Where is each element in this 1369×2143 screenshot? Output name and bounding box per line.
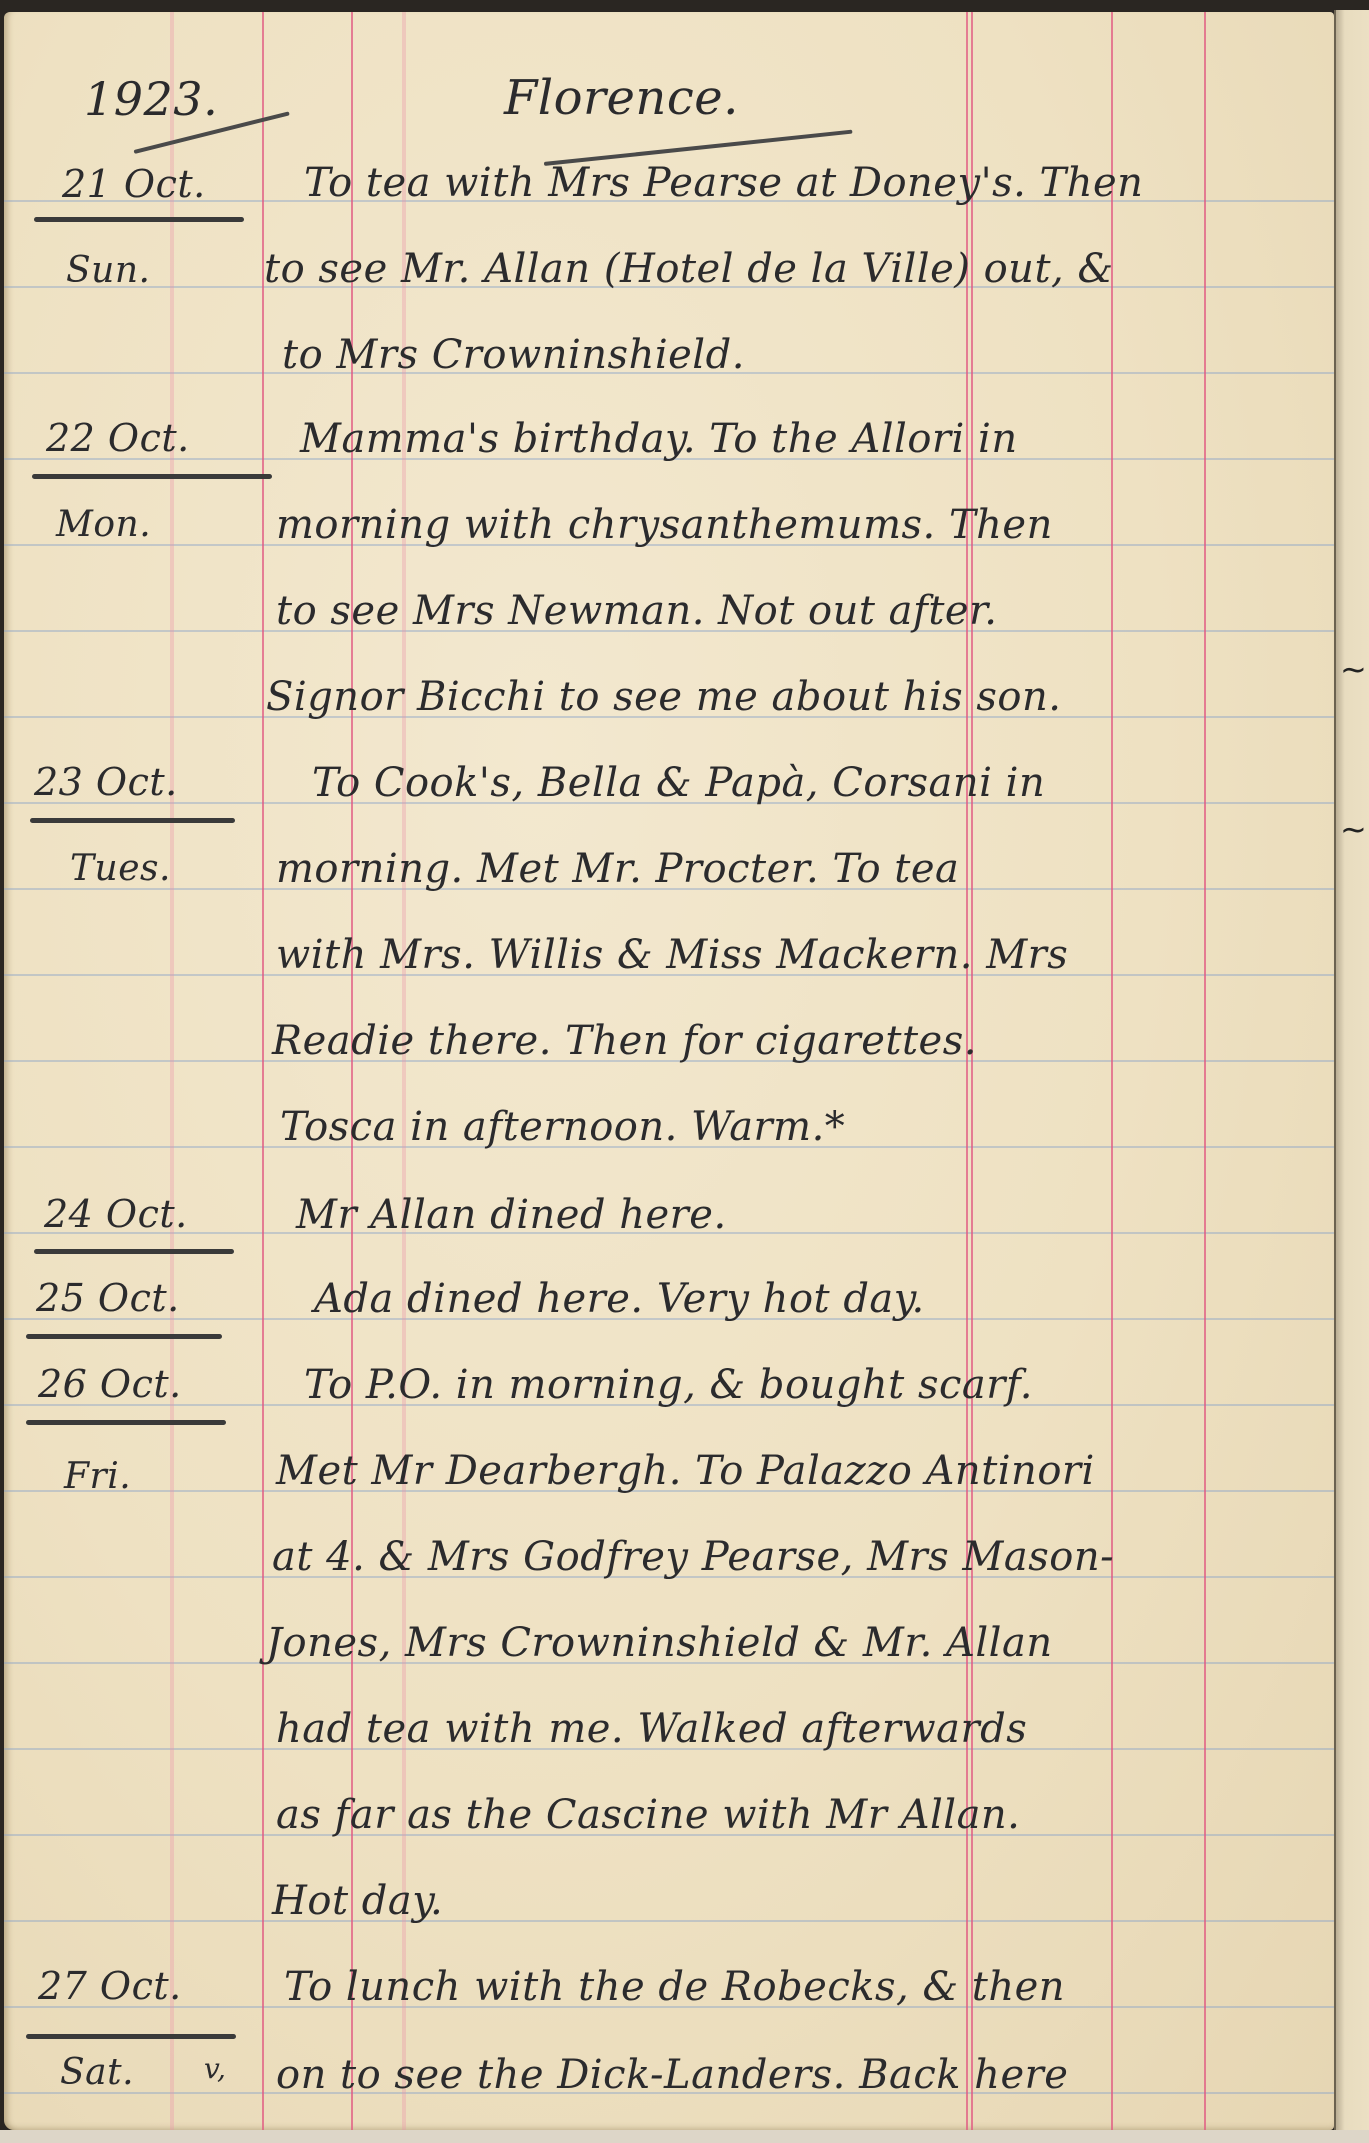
- entry-line: Ada dined here. Very hot day.: [314, 1276, 925, 1322]
- place-heading: Florence.: [504, 70, 739, 126]
- ink-bleed-mark: ~: [1340, 650, 1367, 688]
- entry-date: 27 Oct.: [38, 1964, 182, 2008]
- entry-line: had tea with me. Walked afterwards: [276, 1706, 1027, 1752]
- entry-weekday: Mon.: [56, 504, 151, 545]
- entry-line: on to see the Dick-Landers. Back here: [276, 2052, 1068, 2098]
- date-underline: [34, 217, 244, 222]
- date-underline: [34, 1249, 234, 1254]
- entry-weekday: Tues.: [70, 848, 171, 889]
- entry-line: with Mrs. Willis & Miss Mackern. Mrs: [276, 932, 1068, 978]
- entry-line: Signor Bicchi to see me about his son.: [266, 674, 1061, 720]
- entry-date: 25 Oct.: [36, 1276, 180, 1320]
- margin-line: [1204, 12, 1206, 2130]
- margin-line: [262, 12, 264, 2130]
- ink-bleed-mark: ~: [1340, 810, 1367, 848]
- date-underline: [30, 818, 235, 823]
- date-underline: [32, 474, 272, 479]
- entry-line: Mamma's birthday. To the Allori in: [300, 416, 1018, 462]
- entry-line: Readie there. Then for cigarettes.: [272, 1018, 977, 1064]
- margin-line: [1111, 12, 1113, 2130]
- entry-line: Jones, Mrs Crowninshield & Mr. Allan: [266, 1620, 1053, 1666]
- entry-line: to see Mr. Allan (Hotel de la Ville) out…: [264, 246, 1114, 292]
- entry-line: Mr Allan dined here.: [296, 1192, 727, 1238]
- entry-line: to Mrs Crowninshield.: [282, 332, 745, 378]
- margin-line-faint: [170, 12, 174, 2130]
- entry-line: morning. Met Mr. Procter. To tea: [276, 846, 959, 892]
- entry-weekday: Sun.: [66, 250, 150, 291]
- entry-line: To lunch with the de Robecks, & then: [284, 1964, 1065, 2010]
- margin-mark: v,: [204, 2052, 226, 2085]
- entry-line: To Cook's, Bella & Papà, Corsani in: [312, 760, 1045, 806]
- scan-bottom-edge: [0, 2130, 1369, 2143]
- entry-date: 21 Oct.: [62, 162, 206, 206]
- date-underline: [26, 2034, 236, 2039]
- entry-line: to see Mrs Newman. Not out after.: [276, 588, 998, 634]
- entry-line: To P.O. in morning, & bought scarf.: [304, 1362, 1033, 1408]
- entry-date: 22 Oct.: [46, 416, 190, 460]
- rule-line: [4, 1920, 1334, 1922]
- adjacent-page-edge: ~ ~: [1334, 10, 1369, 2130]
- date-underline: [26, 1334, 222, 1339]
- year-heading: 1923.: [84, 72, 218, 126]
- entry-date: 23 Oct.: [34, 760, 178, 804]
- entry-line: as far as the Cascine with Mr Allan.: [276, 1792, 1020, 1838]
- entry-weekday: Sat.: [60, 2052, 134, 2093]
- date-underline: [26, 1420, 226, 1425]
- entry-line: at 4. & Mrs Godfrey Pearse, Mrs Mason-: [272, 1534, 1114, 1580]
- entry-line: To tea with Mrs Pearse at Doney's. Then: [304, 160, 1143, 206]
- diary-page: 1923. Florence. 21 Oct. Sun. To tea with…: [4, 12, 1334, 2130]
- entry-line: Hot day.: [272, 1878, 443, 1924]
- entry-line: Tosca in afternoon. Warm.*: [280, 1104, 845, 1150]
- entry-date: 26 Oct.: [38, 1362, 182, 1406]
- entry-line: Met Mr Dearbergh. To Palazzo Antinori: [276, 1448, 1095, 1494]
- entry-date: 24 Oct.: [44, 1192, 188, 1236]
- entry-weekday: Fri.: [64, 1456, 131, 1497]
- entry-line: morning with chrysanthemums. Then: [276, 502, 1053, 548]
